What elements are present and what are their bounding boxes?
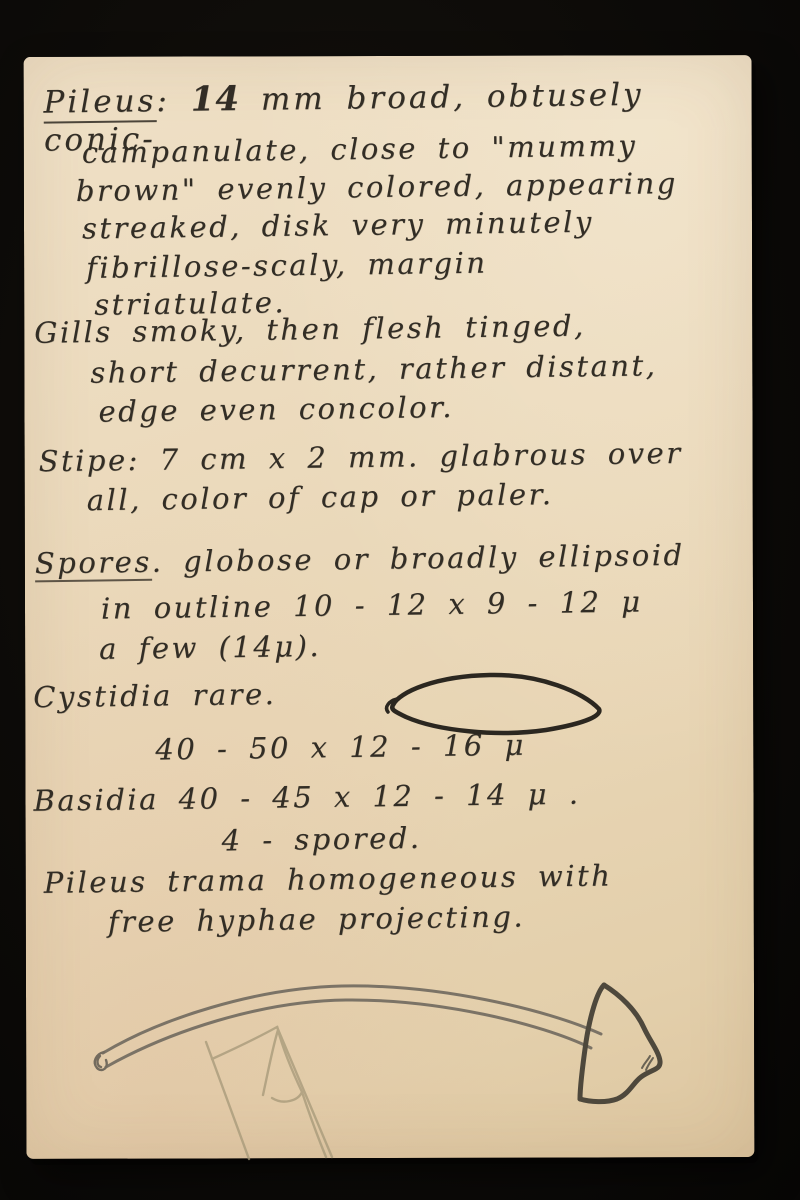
handwritten-line: Spores. globose or broadly ellipsoid xyxy=(35,536,685,583)
cystidia-section-text: Cystidia rare. xyxy=(33,677,277,714)
trama-section-text: Pileus trama homogeneous with xyxy=(44,858,613,899)
handwritten-line: Gills smoky, then flesh tinged, xyxy=(34,307,586,352)
line-text: 4 - spored. xyxy=(221,821,421,858)
line-text: edge even concolor. xyxy=(98,390,454,429)
line-text: : xyxy=(156,83,191,119)
handwritten-line: Basidia 40 - 45 x 12 - 14 μ . xyxy=(33,775,580,820)
line-text: a few (14μ). xyxy=(99,629,321,666)
handwritten-line: short decurrent, rather distant, xyxy=(90,346,657,391)
line-text: all, color of cap or paler. xyxy=(87,477,554,517)
gills-section-text: Gills smoky, then flesh tinged, xyxy=(34,309,586,350)
handwritten-line: streaked, disk very minutely xyxy=(82,203,594,248)
spores-heading: Spores xyxy=(35,545,152,583)
cystidia-measurements: 40 - 50 x 12 - 16 μ xyxy=(155,728,526,767)
handwritten-line: Pileus trama homogeneous with xyxy=(43,856,612,901)
handwritten-line: fibrillose-scaly, margin xyxy=(86,244,488,287)
handwritten-line: Stipe: 7 cm x 2 mm. glabrous over xyxy=(38,434,682,480)
handwritten-line: free hyphae projecting. xyxy=(108,897,526,940)
line-text: campanulate, close to "mummy xyxy=(82,128,638,169)
handwritten-line: a few (14μ). xyxy=(99,627,322,668)
handwritten-line: 40 - 50 x 12 - 16 μ xyxy=(155,726,526,769)
handwritten-line: Cystidia rare. xyxy=(33,675,277,716)
basidia-section-text: Basidia 40 - 45 x 12 - 14 μ . xyxy=(33,777,580,818)
spore-measurements: in outline 10 - 12 x 9 - 12 μ xyxy=(101,585,643,626)
line-text: free hyphae projecting. xyxy=(108,899,526,938)
photo-background: Pileus: 14 mm broad, obtusely conic- cam… xyxy=(0,0,800,1200)
pileus-heading: Pileus xyxy=(43,83,156,123)
handwritten-line: in outline 10 - 12 x 9 - 12 μ xyxy=(101,583,643,628)
handwritten-line: edge even concolor. xyxy=(98,388,454,431)
stipe-section-text: Stipe: 7 cm x 2 mm. glabrous over xyxy=(38,436,682,478)
line-text: fibrillose-scaly, margin xyxy=(86,246,488,285)
handwritten-line: all, color of cap or paler. xyxy=(86,475,553,519)
line-text: . globose or broadly ellipsoid xyxy=(151,538,684,579)
line-text: short decurrent, rather distant, xyxy=(90,348,657,389)
pileus-width-number: 14 xyxy=(190,79,240,120)
line-text: brown" evenly colored, appearing xyxy=(76,166,678,208)
line-text: streaked, disk very minutely xyxy=(82,205,594,246)
note-card: Pileus: 14 mm broad, obtusely conic- cam… xyxy=(24,55,755,1159)
handwritten-line: 4 - spored. xyxy=(221,819,421,860)
